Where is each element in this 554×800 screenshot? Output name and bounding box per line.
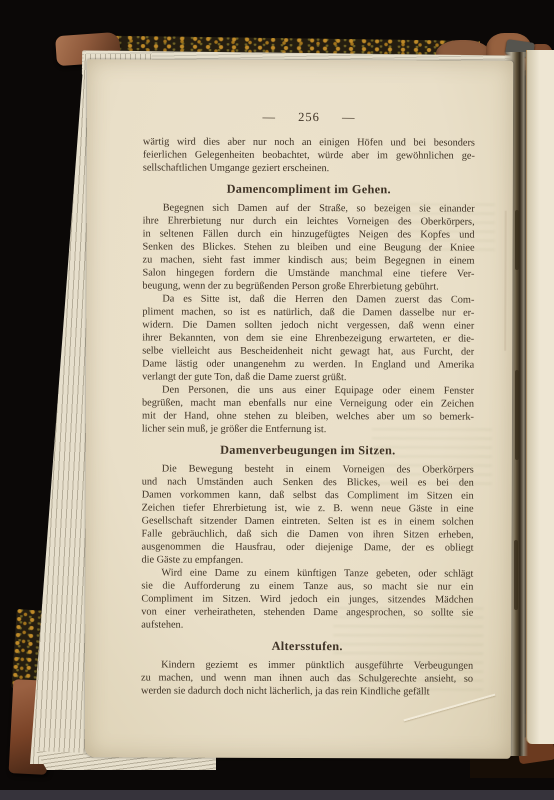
text-line: licher sein muß, je größer die Entfernun… — [142, 422, 474, 436]
text-line: Compliment im Sitzen. Wird jedoch ein ju… — [141, 592, 473, 606]
text-line: ihrer Bekannten, von dem sie eine Ehrenb… — [142, 331, 474, 345]
text-line: die Gäste zu empfangen. — [141, 553, 473, 567]
text-line: zu machen, und wenn man ihnen auch das S… — [141, 671, 473, 685]
text-line: mit der Hand, ohne stehen zu bleiben, we… — [142, 409, 474, 423]
text-line: sellschaftlichen Umgange geziert erschei… — [143, 161, 475, 175]
text-line: widern. Die Damen sollten jedoch nicht v… — [142, 318, 474, 332]
section-heading: Damencompliment im Gehen. — [143, 181, 475, 197]
text-line: selbe vielleicht aus Bescheidenheit nich… — [142, 344, 474, 358]
gutter-wear-mark — [514, 540, 518, 610]
paragraph: Da es Sitte ist, daß die Herren den Dame… — [142, 292, 474, 384]
text-line: Den Personen, die uns aus einer Equipage… — [142, 383, 474, 397]
text-line: pliment machen, so ist es natürlich, daß… — [142, 305, 474, 319]
text-line: ausgenommen die Hausfrau, oder diejenige… — [141, 540, 473, 554]
header-dash-right: — — [342, 110, 356, 125]
text-line: verlangt der gute Ton, daß die Dame zuer… — [142, 370, 474, 384]
text-line: feierlichen Gelegenheiten beobachtet, wü… — [143, 148, 475, 162]
text-line: aufstehen. — [141, 618, 473, 632]
text-line: Gesellschaft sitzender Damen eintreten. … — [142, 514, 474, 528]
paragraph: Die Bewegung besteht in einem Vorneigen … — [141, 462, 473, 567]
text-line: Falle gebräuchlich, daß sich die Damen v… — [142, 527, 474, 541]
paragraph: wärtig wird dies aber nur noch an einige… — [143, 135, 475, 175]
photo-edge-strip — [0, 790, 554, 800]
text-line: begrüßen, macht man ebenfalls nur eine V… — [142, 396, 474, 410]
text-line: Senken des Blickes. Stehen zu bleiben un… — [143, 240, 475, 254]
text-line: sie die Aufforderung zu einem Tanze aus,… — [141, 579, 473, 593]
page-text-block: — 256 — wärtig wird dies aber nur noch a… — [141, 109, 475, 698]
text-line: wärtig wird dies aber nur noch an einige… — [143, 135, 475, 149]
text-line: Die Bewegung besteht in einem Vorneigen … — [142, 462, 474, 476]
text-line: werden sie dadurch doch nicht lächerlich… — [141, 684, 473, 698]
text-line: Dame lästig oder unangenehm zu werden. I… — [142, 357, 474, 371]
section-heading: Damenverbeugungen im Sitzen. — [142, 442, 474, 458]
paragraph: Wird eine Dame zu einem künftigen Tanze … — [141, 566, 473, 632]
text-line: Kindern geziemt es immer pünktlich ausge… — [141, 658, 473, 672]
paragraph: Den Personen, die uns aus einer Equipage… — [142, 383, 474, 436]
header-dash-left: — — [262, 110, 276, 125]
page-number: 256 — [298, 110, 320, 125]
gutter-wear-mark — [515, 370, 519, 460]
text-line: und nach Umständen auch Senken des Blick… — [142, 475, 474, 489]
text-line: Zeichen tiefer Ehrerbietung ist, wie z. … — [142, 501, 474, 515]
facing-page-edge — [526, 50, 554, 744]
page-number-header: — 256 — — [143, 109, 475, 125]
text-line: Damen vorkommen kann, daß selbst das Com… — [142, 488, 474, 502]
paragraph: Begegnen sich Damen auf der Straße, so b… — [142, 201, 474, 293]
book-page: — 256 — wärtig wird dies aber nur noch a… — [85, 59, 513, 758]
text-line: Wird eine Dame zu einem künftigen Tanze … — [141, 566, 473, 580]
page-crease — [504, 211, 506, 351]
text-line: von einer verheiratheten, stehenden Dame… — [141, 605, 473, 619]
text-line: Da es Sitte ist, daß die Herren den Dame… — [142, 292, 474, 306]
paragraph: Kindern geziemt es immer pünktlich ausge… — [141, 658, 473, 698]
text-line: Salon hingegen fordern die Umstände manc… — [142, 266, 474, 280]
text-line: beugung, wenn der zu begrüßenden Person … — [142, 279, 474, 293]
text-line: zu machen, sieht fast immer kindisch aus… — [142, 253, 474, 267]
text-line: Begegnen sich Damen auf der Straße, so b… — [143, 201, 475, 215]
gutter-wear-mark — [515, 210, 519, 270]
text-line: in seltenen Fällen durch ein hinzugefügt… — [143, 227, 475, 241]
text-line: ihre Ehrerbietung nur durch ein leichtes… — [143, 214, 475, 228]
section-heading: Altersstufen. — [141, 638, 473, 654]
